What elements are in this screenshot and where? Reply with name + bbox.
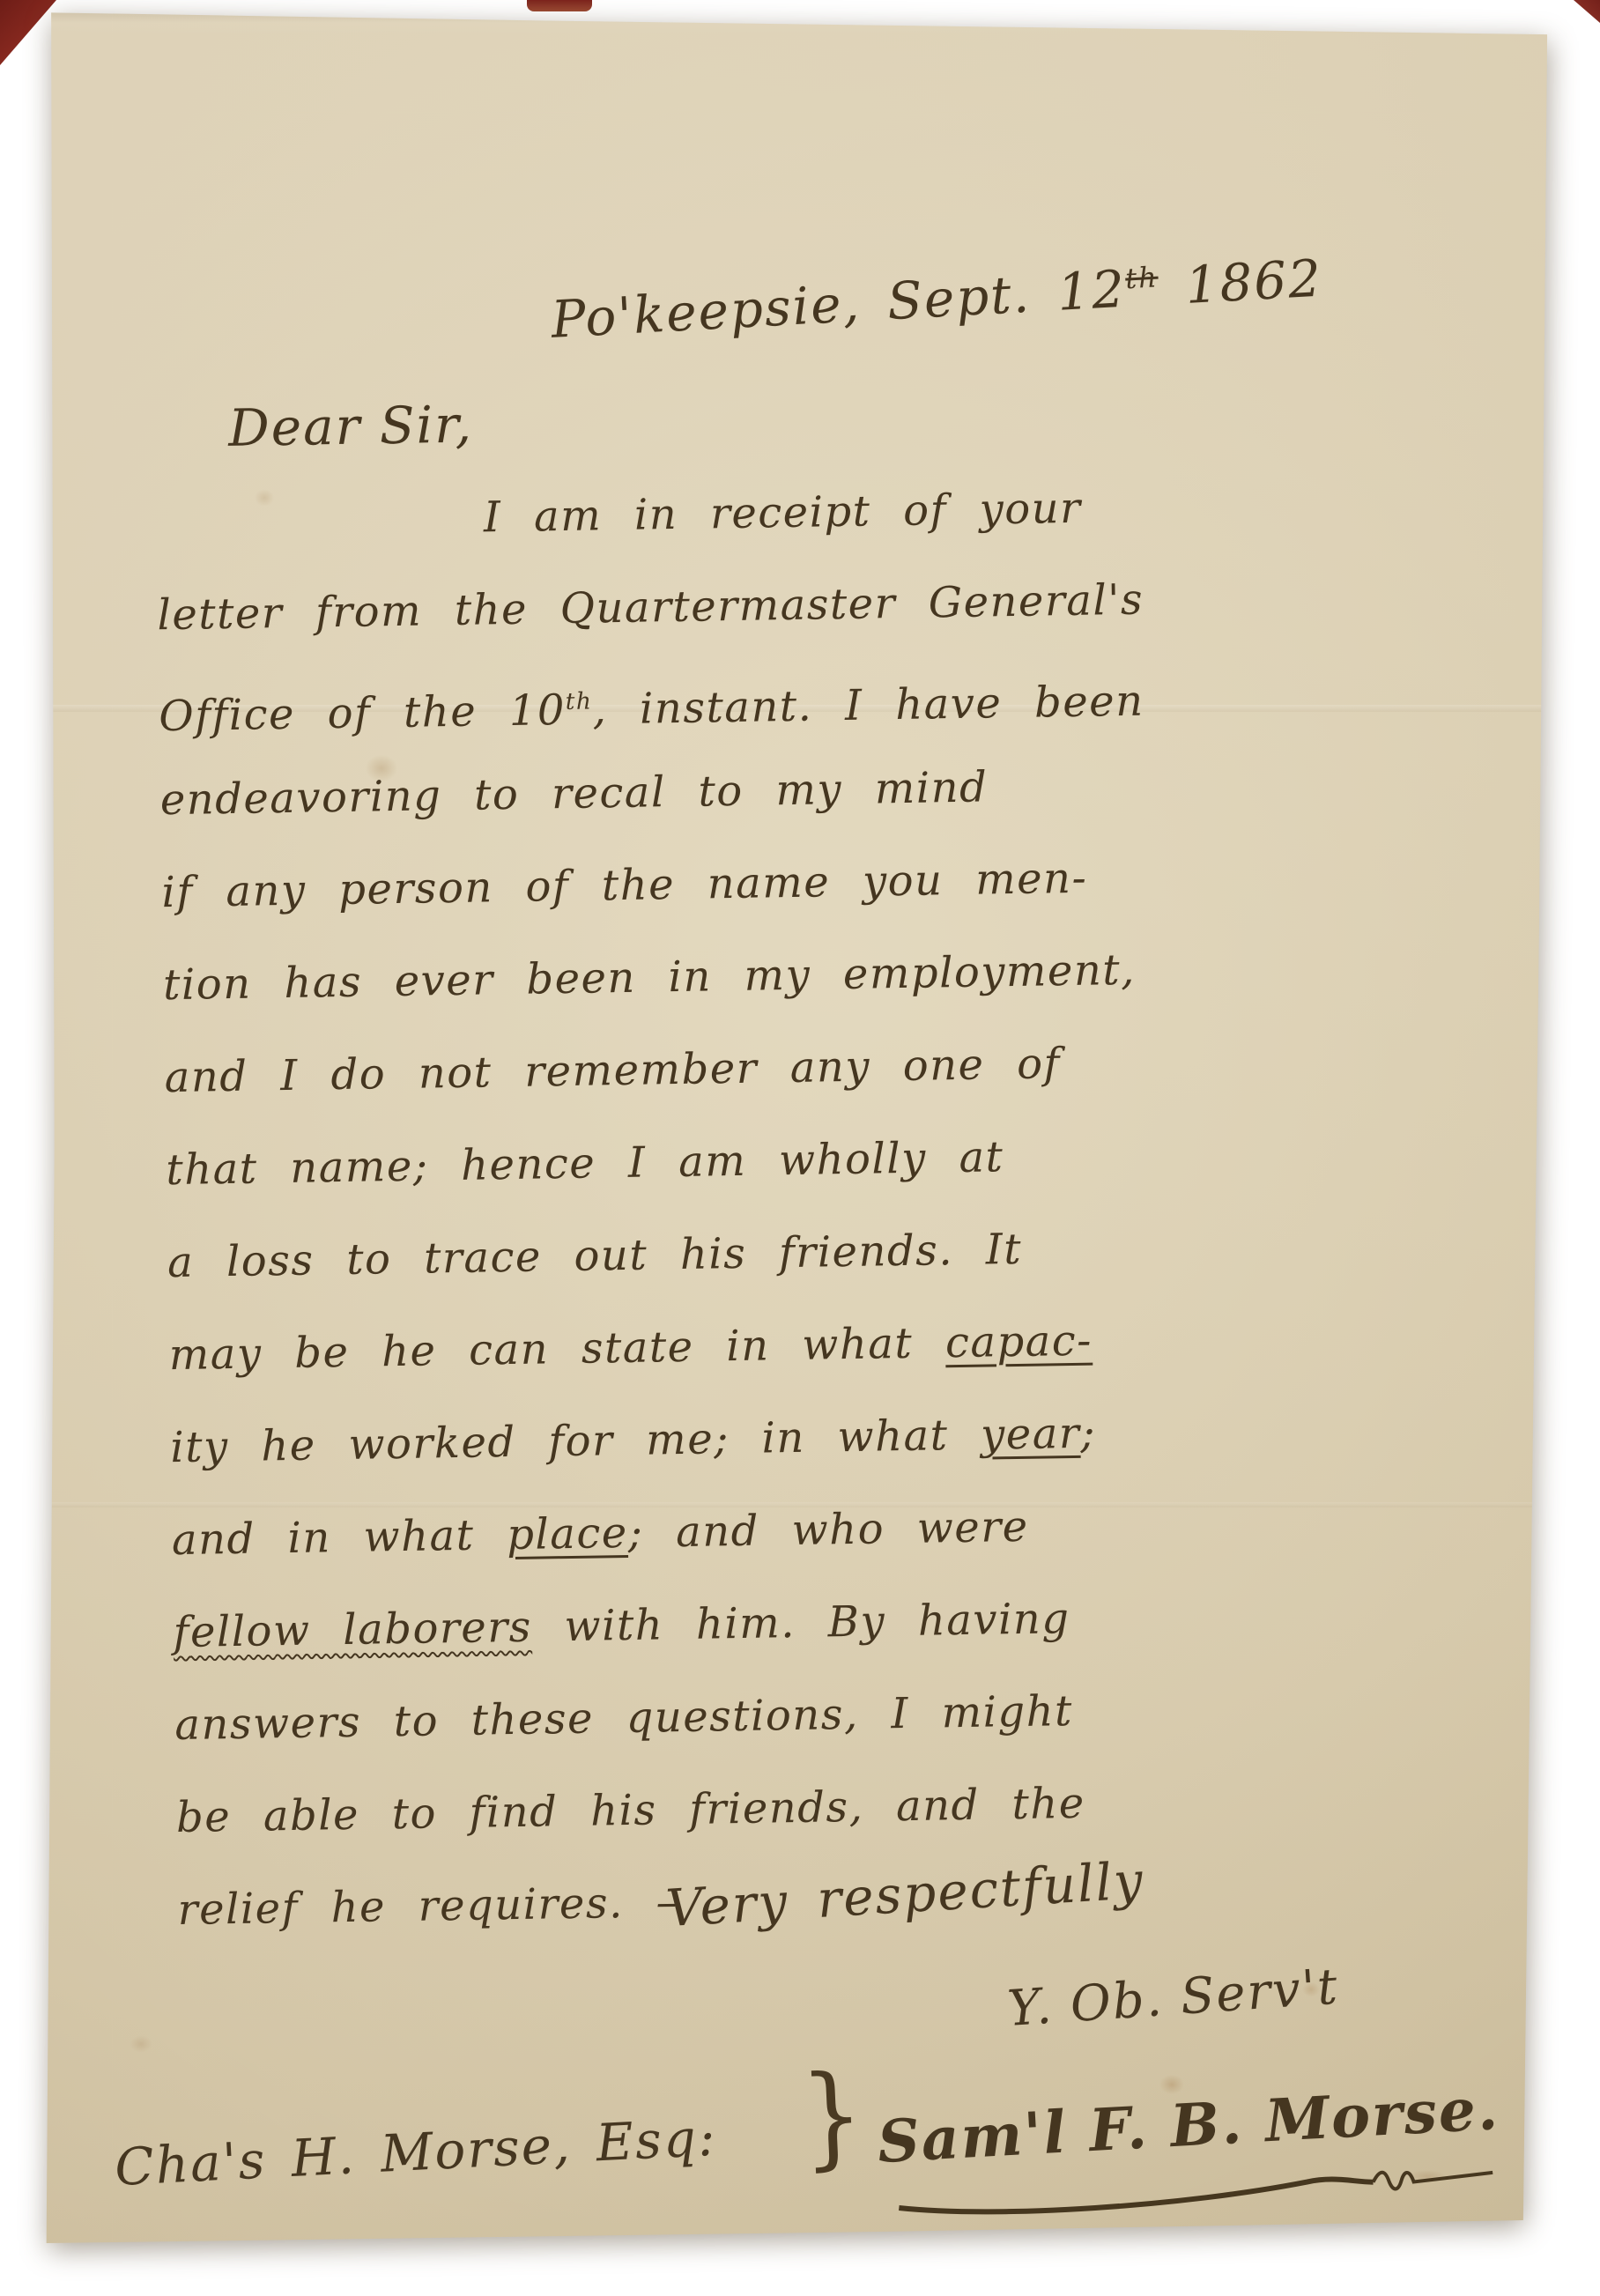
text-segment: ; xyxy=(1080,1409,1097,1458)
text-segment: ; and who were xyxy=(627,1502,1029,1558)
letter-page: Po'keepsie, Sept. 12th 1862 Dear Sir, I … xyxy=(0,0,1600,2296)
text-segment: fellow laborers xyxy=(173,1603,532,1657)
letter-body: I am in receipt of yourletter from the Q… xyxy=(155,456,1500,1957)
text-segment: tion has ever been in my employment, xyxy=(163,945,1137,1010)
text-segment: may be he can state in what xyxy=(168,1318,945,1380)
text-segment: th xyxy=(566,687,593,715)
text-segment: that name; hence I am wholly at xyxy=(166,1132,1004,1195)
text-segment: and I do not remember any one of xyxy=(164,1039,1061,1102)
text-segment: Po'keepsie, Sept. 12 xyxy=(550,259,1128,350)
paper-shadow: Po'keepsie, Sept. 12th 1862 Dear Sir, I … xyxy=(0,0,1600,2296)
closing-your-obedient-servant: Y. Ob. Serv't xyxy=(1006,1959,1341,2038)
text-segment: place xyxy=(507,1508,628,1559)
text-segment: endeavoring to recal to my mind xyxy=(159,762,988,825)
text-segment: 1862 xyxy=(1157,248,1323,317)
text-segment: , instant. I have been xyxy=(592,677,1144,735)
salutation: Dear Sir, xyxy=(228,395,474,458)
addressee-brace: } xyxy=(798,2049,866,2182)
addressee-name: Cha's H. Morse, Esq: xyxy=(114,2107,718,2198)
text-segment: relief he requires. – xyxy=(177,1878,678,1935)
text-segment: th xyxy=(1124,260,1159,295)
text-segment: be able to find his friends, and the xyxy=(176,1779,1086,1842)
text-segment: Office of the 10 xyxy=(159,685,566,741)
text-segment: with him. By having xyxy=(531,1594,1070,1652)
letter-content: Po'keepsie, Sept. 12th 1862 Dear Sir, I … xyxy=(0,0,1600,2296)
text-segment: answers to these questions, I might xyxy=(174,1686,1073,1750)
text-segment: letter from the Quartermaster General's xyxy=(157,575,1144,641)
text-segment: if any person of the name you men- xyxy=(161,854,1088,917)
scanned-letter-photo: Po'keepsie, Sept. 12th 1862 Dear Sir, I … xyxy=(0,0,1600,2296)
text-segment: I am in receipt of your xyxy=(483,484,1081,543)
text-segment: ity he worked for me; in what xyxy=(170,1411,981,1472)
text-segment: a loss to trace out his friends. It xyxy=(167,1225,1023,1287)
text-segment: capac- xyxy=(945,1316,1093,1368)
dateline: Po'keepsie, Sept. 12th 1862 xyxy=(550,248,1324,350)
text-segment: year xyxy=(981,1409,1081,1460)
text-segment: and in what xyxy=(172,1510,507,1565)
